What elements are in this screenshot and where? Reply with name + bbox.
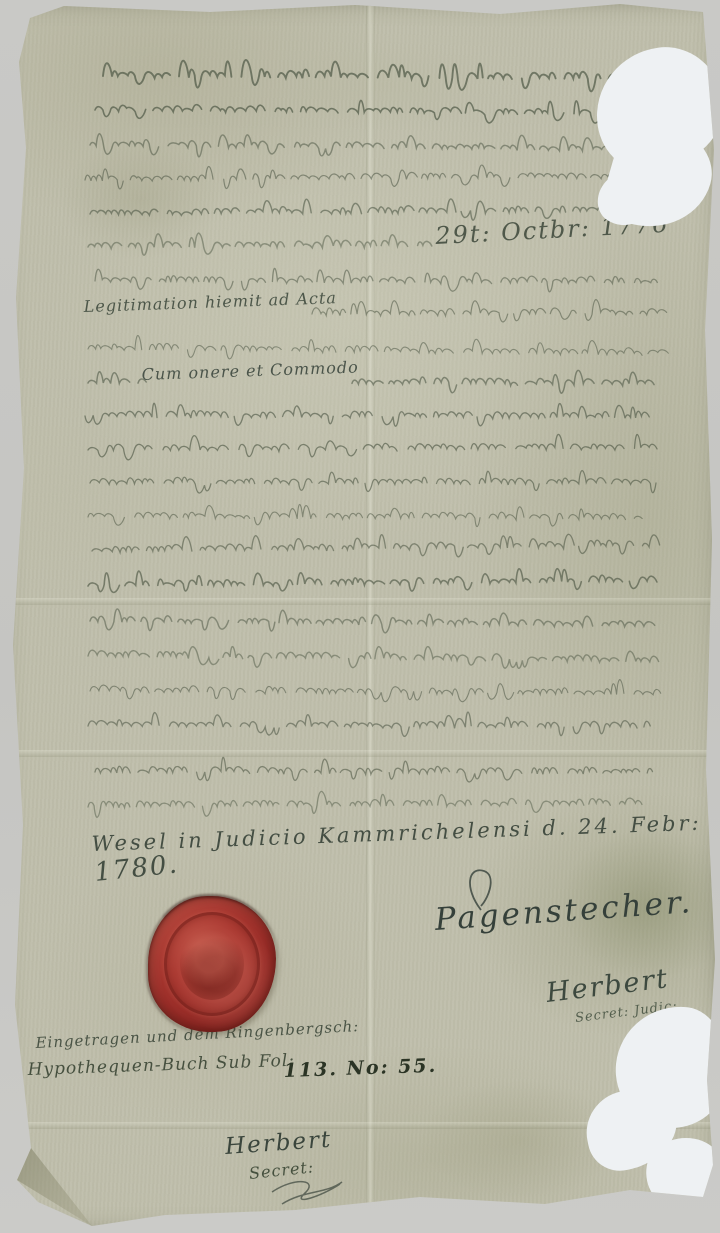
handwriting-line (103, 60, 652, 91)
handwriting-line (95, 268, 657, 291)
handwriting-line (88, 233, 432, 255)
secretary-flourish (272, 1182, 342, 1204)
handwriting-line (88, 336, 668, 359)
registry-number: 113. No: 55. (283, 1057, 437, 1081)
handwriting-line (90, 471, 656, 493)
handwriting-line (88, 712, 650, 736)
handwriting-line (90, 680, 661, 702)
handwriting-line (88, 504, 642, 526)
document-paper: 29t: Octbr: 1776Legitimation hiemit ad A… (0, 0, 720, 1233)
handwriting-line (90, 609, 665, 633)
handwriting-line (88, 434, 657, 459)
handwriting-line (90, 134, 631, 157)
handwriting-line (95, 757, 653, 782)
handwriting-line (88, 647, 659, 669)
handwriting-line (95, 100, 601, 123)
handwriting-line (88, 569, 657, 593)
handwriting-line (92, 534, 660, 557)
handwriting-line (312, 300, 667, 322)
handwriting-line (85, 165, 651, 189)
red-wax-seal (148, 896, 276, 1032)
handwriting-line (88, 791, 642, 817)
wax-seal-emboss (180, 928, 244, 1000)
handwriting-line (85, 403, 656, 426)
photo-of-document: 29t: Octbr: 1776Legitimation hiemit ad A… (0, 0, 720, 1233)
